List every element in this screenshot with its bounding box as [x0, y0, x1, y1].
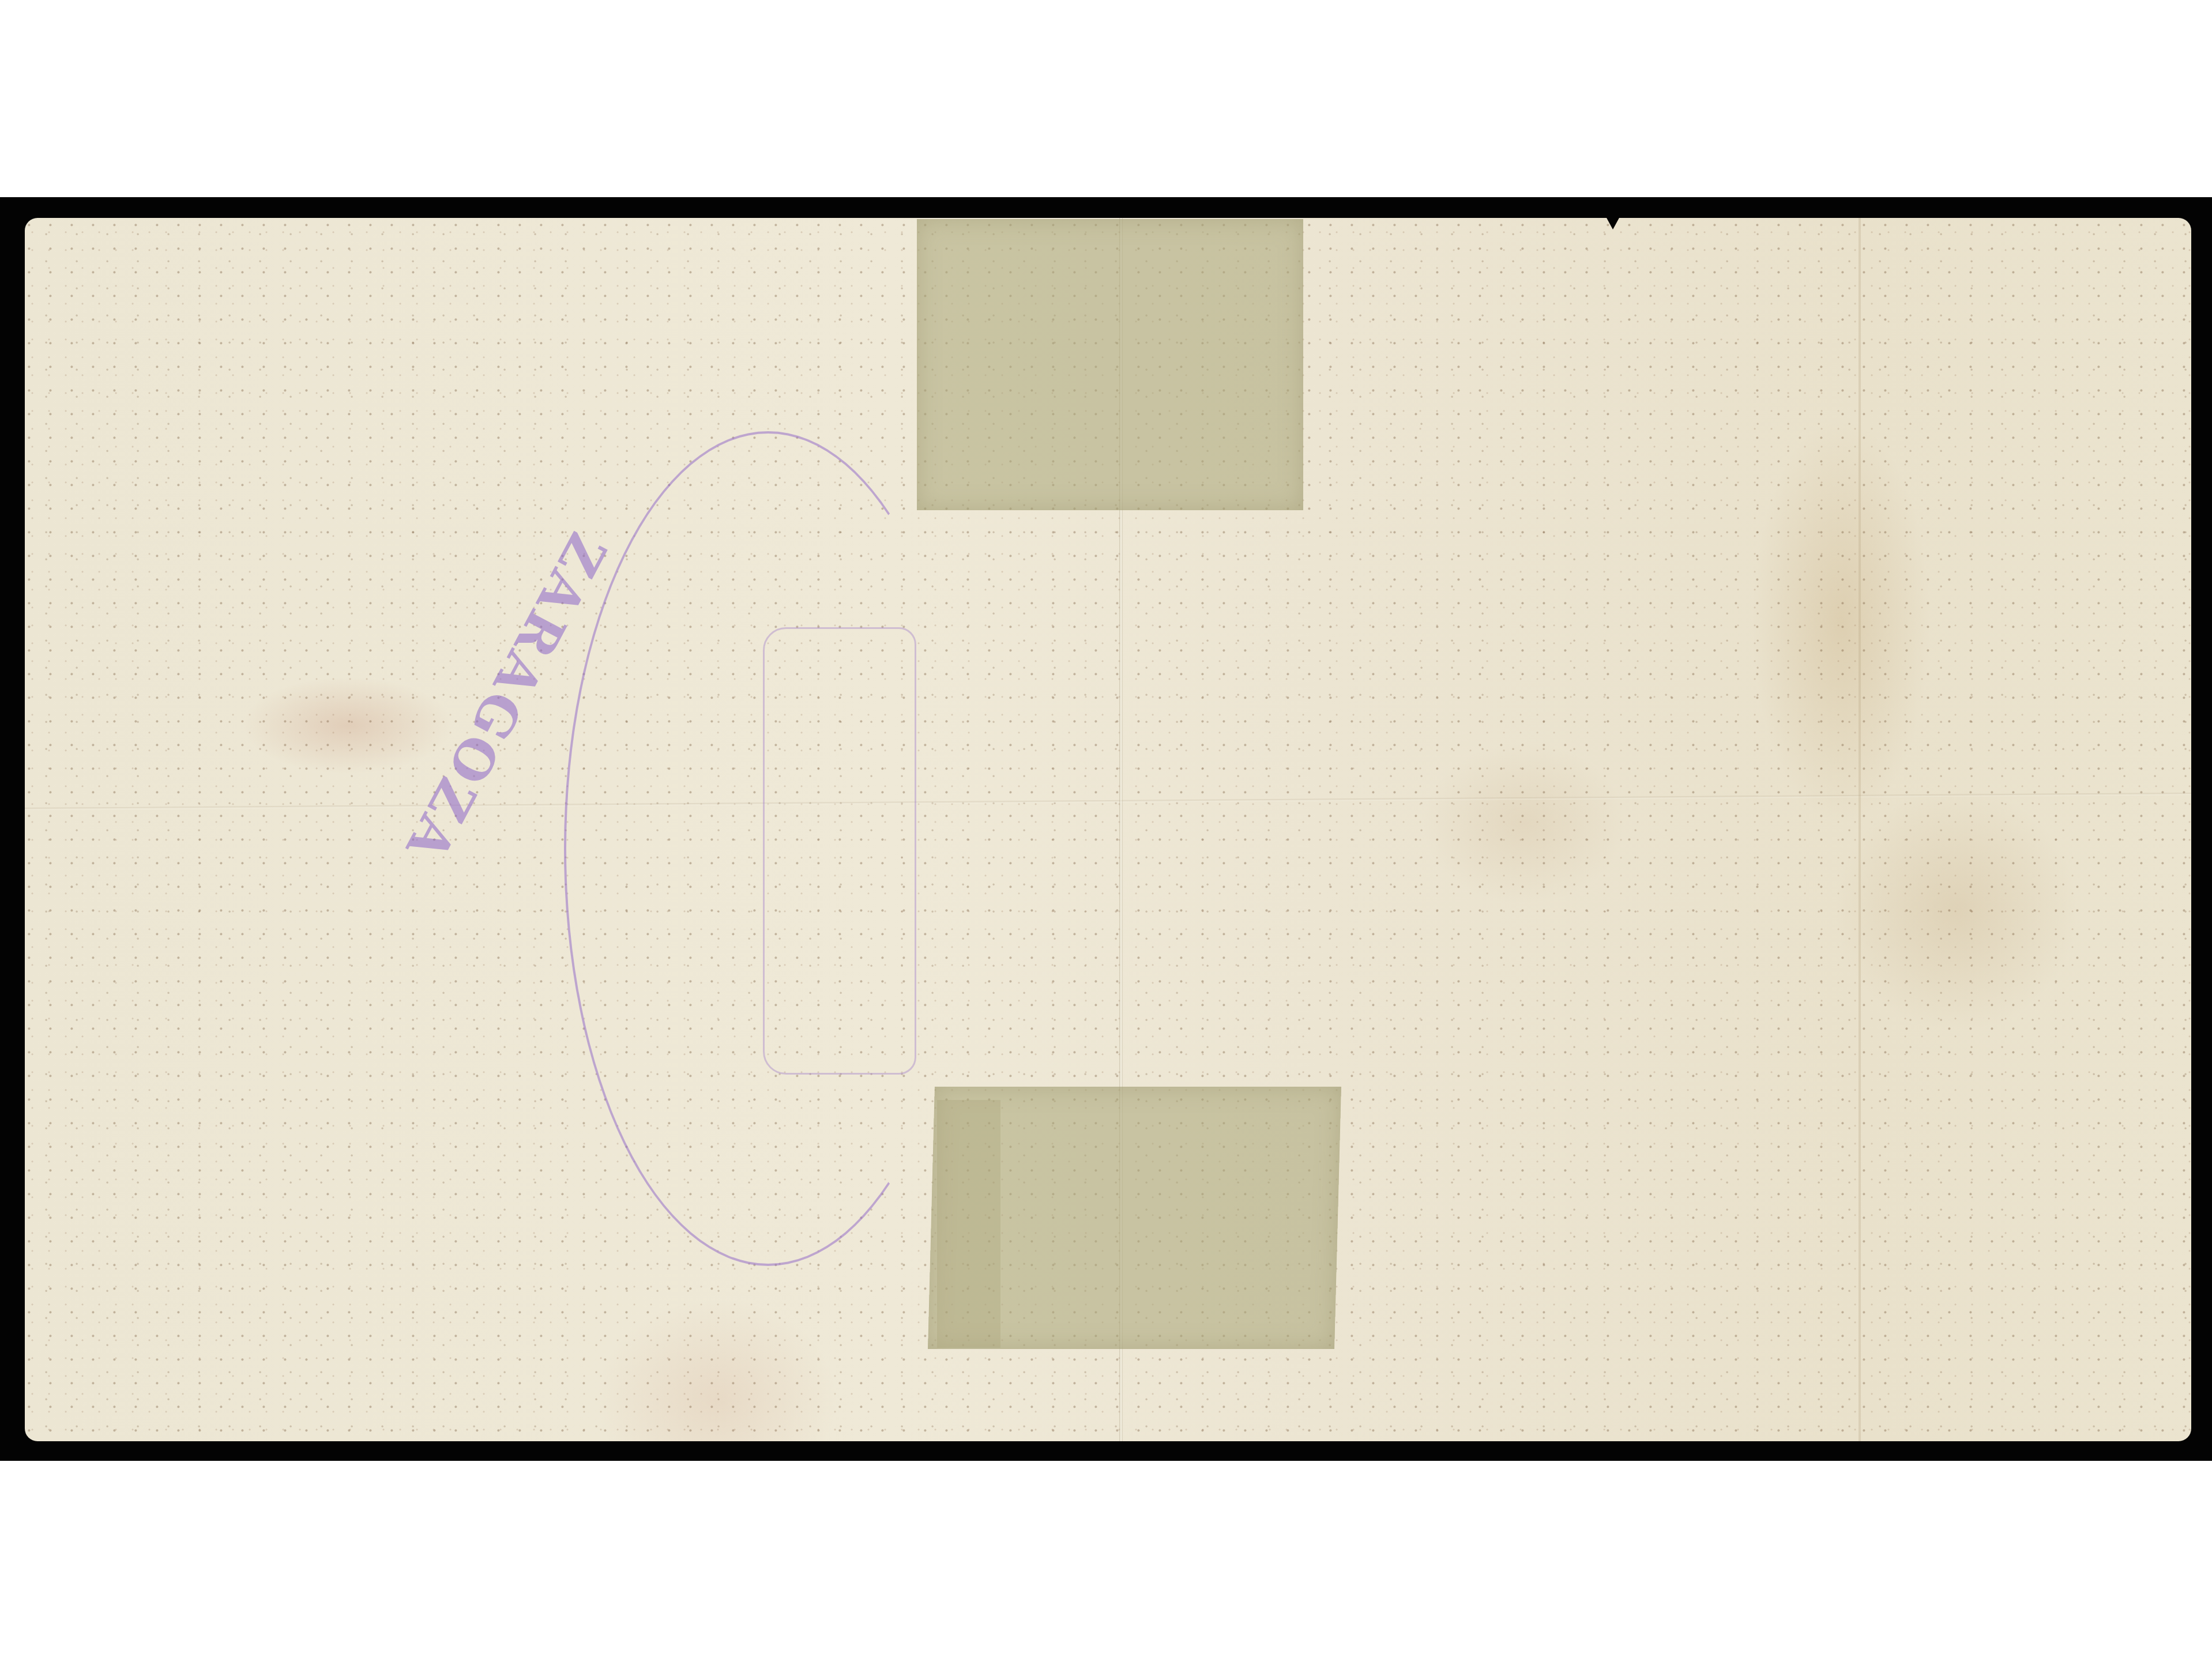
- note-paper: ZARAGOZA: [25, 218, 2191, 1441]
- repair-tape-bottom-overlap: [937, 1100, 1000, 1348]
- right-fold-crease: [1859, 218, 1861, 1441]
- stamp-inner-emblem: [763, 627, 916, 1075]
- repair-tape-top: [917, 219, 1303, 510]
- edge-tear-notch: [1606, 218, 1620, 229]
